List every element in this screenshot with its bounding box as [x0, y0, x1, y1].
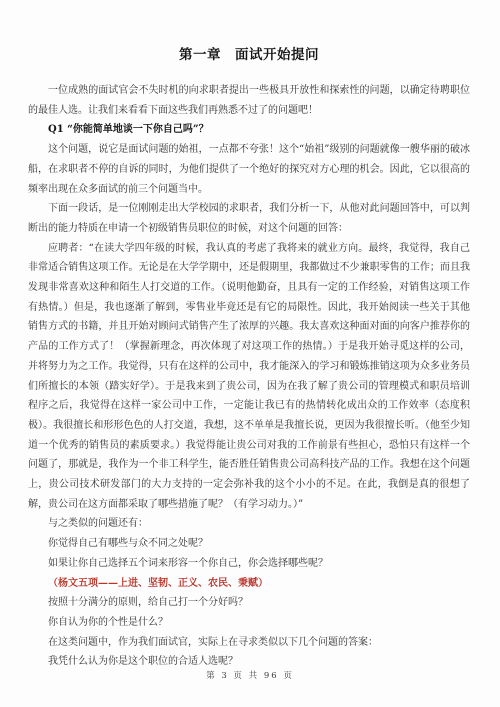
- question-item-self-score: 按照十分满分的原则，给自己打一个分好吗？: [28, 593, 470, 613]
- chapter-title: 第一章 面试开始提问: [28, 46, 470, 64]
- interviewer-goal-lead: 在这类问题中，作为我们面试官，实际上在寻求类似以下几个问题的答案：: [28, 633, 470, 653]
- paragraph-applicant-answer: 应聘者：“在读大学四年级的时候，我认真的考虑了我将来的就业方向。最终，我觉得，我…: [28, 239, 470, 515]
- document-page: 第一章 面试开始提问 一位成熟的面试官会不失时机的向求职者提出一些极具开放性和探…: [0, 0, 500, 707]
- q1-question-heading: Q1 “你能简单地谈一下你自己吗”？: [28, 120, 470, 140]
- question-item-personality: 你自认为你的个性是什么？: [28, 613, 470, 633]
- question-item-five-words: 如果让你自己选择五个词来形容一个你自己，你会选择哪些呢？: [28, 554, 470, 574]
- similar-questions-lead: 与之类似的问题还有：: [28, 514, 470, 534]
- intro-paragraph: 一位成熟的面试官会不失时机的向求职者提出一些极具开放性和探索性的问题，以确定待聘…: [28, 81, 470, 120]
- paragraph-example-lead: 下面一段话，是一位刚刚走出大学校园的求职者，我们分析一下，从他对此问题回答中，可…: [28, 199, 470, 238]
- red-annotation-five-traits: （杨文五项——上进、坚韧、正义、农民、秉赋）: [28, 574, 470, 594]
- page-footer: 第 3 页 共 96 页: [0, 669, 500, 681]
- paragraph-question-origin: 这个问题，说它是面试问题的始祖，一点都不夸张！这个“始祖”级别的问题就像一艘华丽…: [28, 140, 470, 199]
- question-item-unique: 你觉得自己有哪些与众不同之处呢？: [28, 534, 470, 554]
